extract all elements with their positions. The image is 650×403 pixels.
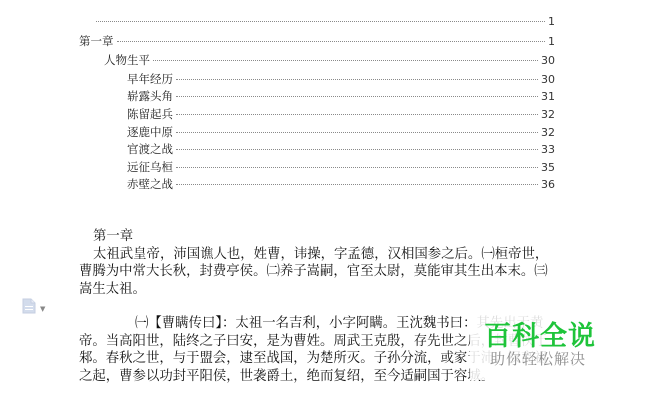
toc-entry[interactable]: 陈留起兵 32: [127, 106, 555, 122]
watermark-logo: 百科全说 助你轻松解决: [470, 310, 620, 380]
toc-entry-title: 人物生平: [104, 52, 150, 68]
toc-entry[interactable]: 1: [93, 14, 555, 30]
toc-entry-title: 第一章: [79, 33, 114, 49]
toc-entry-title: 陈留起兵: [127, 106, 173, 122]
toc-entry-title: 早年经历: [127, 71, 173, 87]
paragraph-line: 太祖武皇帝，沛国谯人也，姓曹，讳操，字孟德，汉相国参之后。㈠桓帝世，: [79, 246, 555, 264]
toc-entry-page: 36: [541, 177, 555, 193]
toc-entry-title: 远征乌桓: [127, 159, 173, 175]
toc-entry[interactable]: 人物生平 30: [104, 52, 555, 68]
toc-leader-dots: [176, 114, 538, 115]
toc-entry-page: 33: [541, 142, 555, 158]
toc-entry-page: 32: [541, 125, 555, 141]
toc-leader-dots: [153, 60, 538, 61]
toc-entry-page: 32: [541, 107, 555, 123]
toc-entry-page: 1: [548, 14, 555, 30]
toc-entry-title: 官渡之战: [127, 141, 173, 157]
toc-leader-dots: [176, 132, 538, 133]
toc-entry[interactable]: 第一章 1: [79, 33, 555, 49]
toc-entry[interactable]: 逐鹿中原 32: [127, 124, 555, 140]
toc-entry-title: 崭露头角: [127, 88, 173, 104]
paste-options-icon[interactable]: [22, 298, 36, 314]
chevron-down-icon[interactable]: ▼: [40, 305, 45, 313]
toc-entry-title: 逐鹿中原: [127, 124, 173, 140]
toc-leader-dots: [176, 184, 538, 185]
toc-leader-dots: [176, 149, 538, 150]
toc-entry-page: 1: [548, 34, 555, 50]
toc-entry-title: 赤壁之战: [127, 176, 173, 192]
toc-leader-dots: [176, 167, 538, 168]
toc-entry[interactable]: 崭露头角 31: [127, 88, 555, 104]
toc-entry-page: 31: [541, 89, 555, 105]
watermark-subtitle: 助你轻松解决: [490, 348, 586, 369]
toc-entry[interactable]: 早年经历 30: [127, 71, 555, 87]
toc-entry-page: 30: [541, 53, 555, 69]
toc-entry[interactable]: 赤壁之战 36: [127, 176, 555, 192]
toc-leader-dots: [176, 96, 538, 97]
toc-leader-dots: [176, 79, 538, 80]
toc-entry[interactable]: 官渡之战 33: [127, 141, 555, 157]
toc-entry-page: 30: [541, 72, 555, 88]
toc-entry-page: 35: [541, 160, 555, 176]
toc-entry[interactable]: 远征乌桓 35: [127, 159, 555, 175]
paragraph-line: 嵩生太祖。: [79, 281, 555, 299]
toc-leader-dots: [117, 41, 546, 42]
paragraph-line: 曹腾为中常大长秋，封费亭侯。㈡养子嵩嗣，官至太尉，莫能审其生出本末。㈢: [79, 263, 555, 281]
chapter-heading: 第一章: [79, 228, 555, 246]
toc-leader-dots: [96, 21, 545, 22]
